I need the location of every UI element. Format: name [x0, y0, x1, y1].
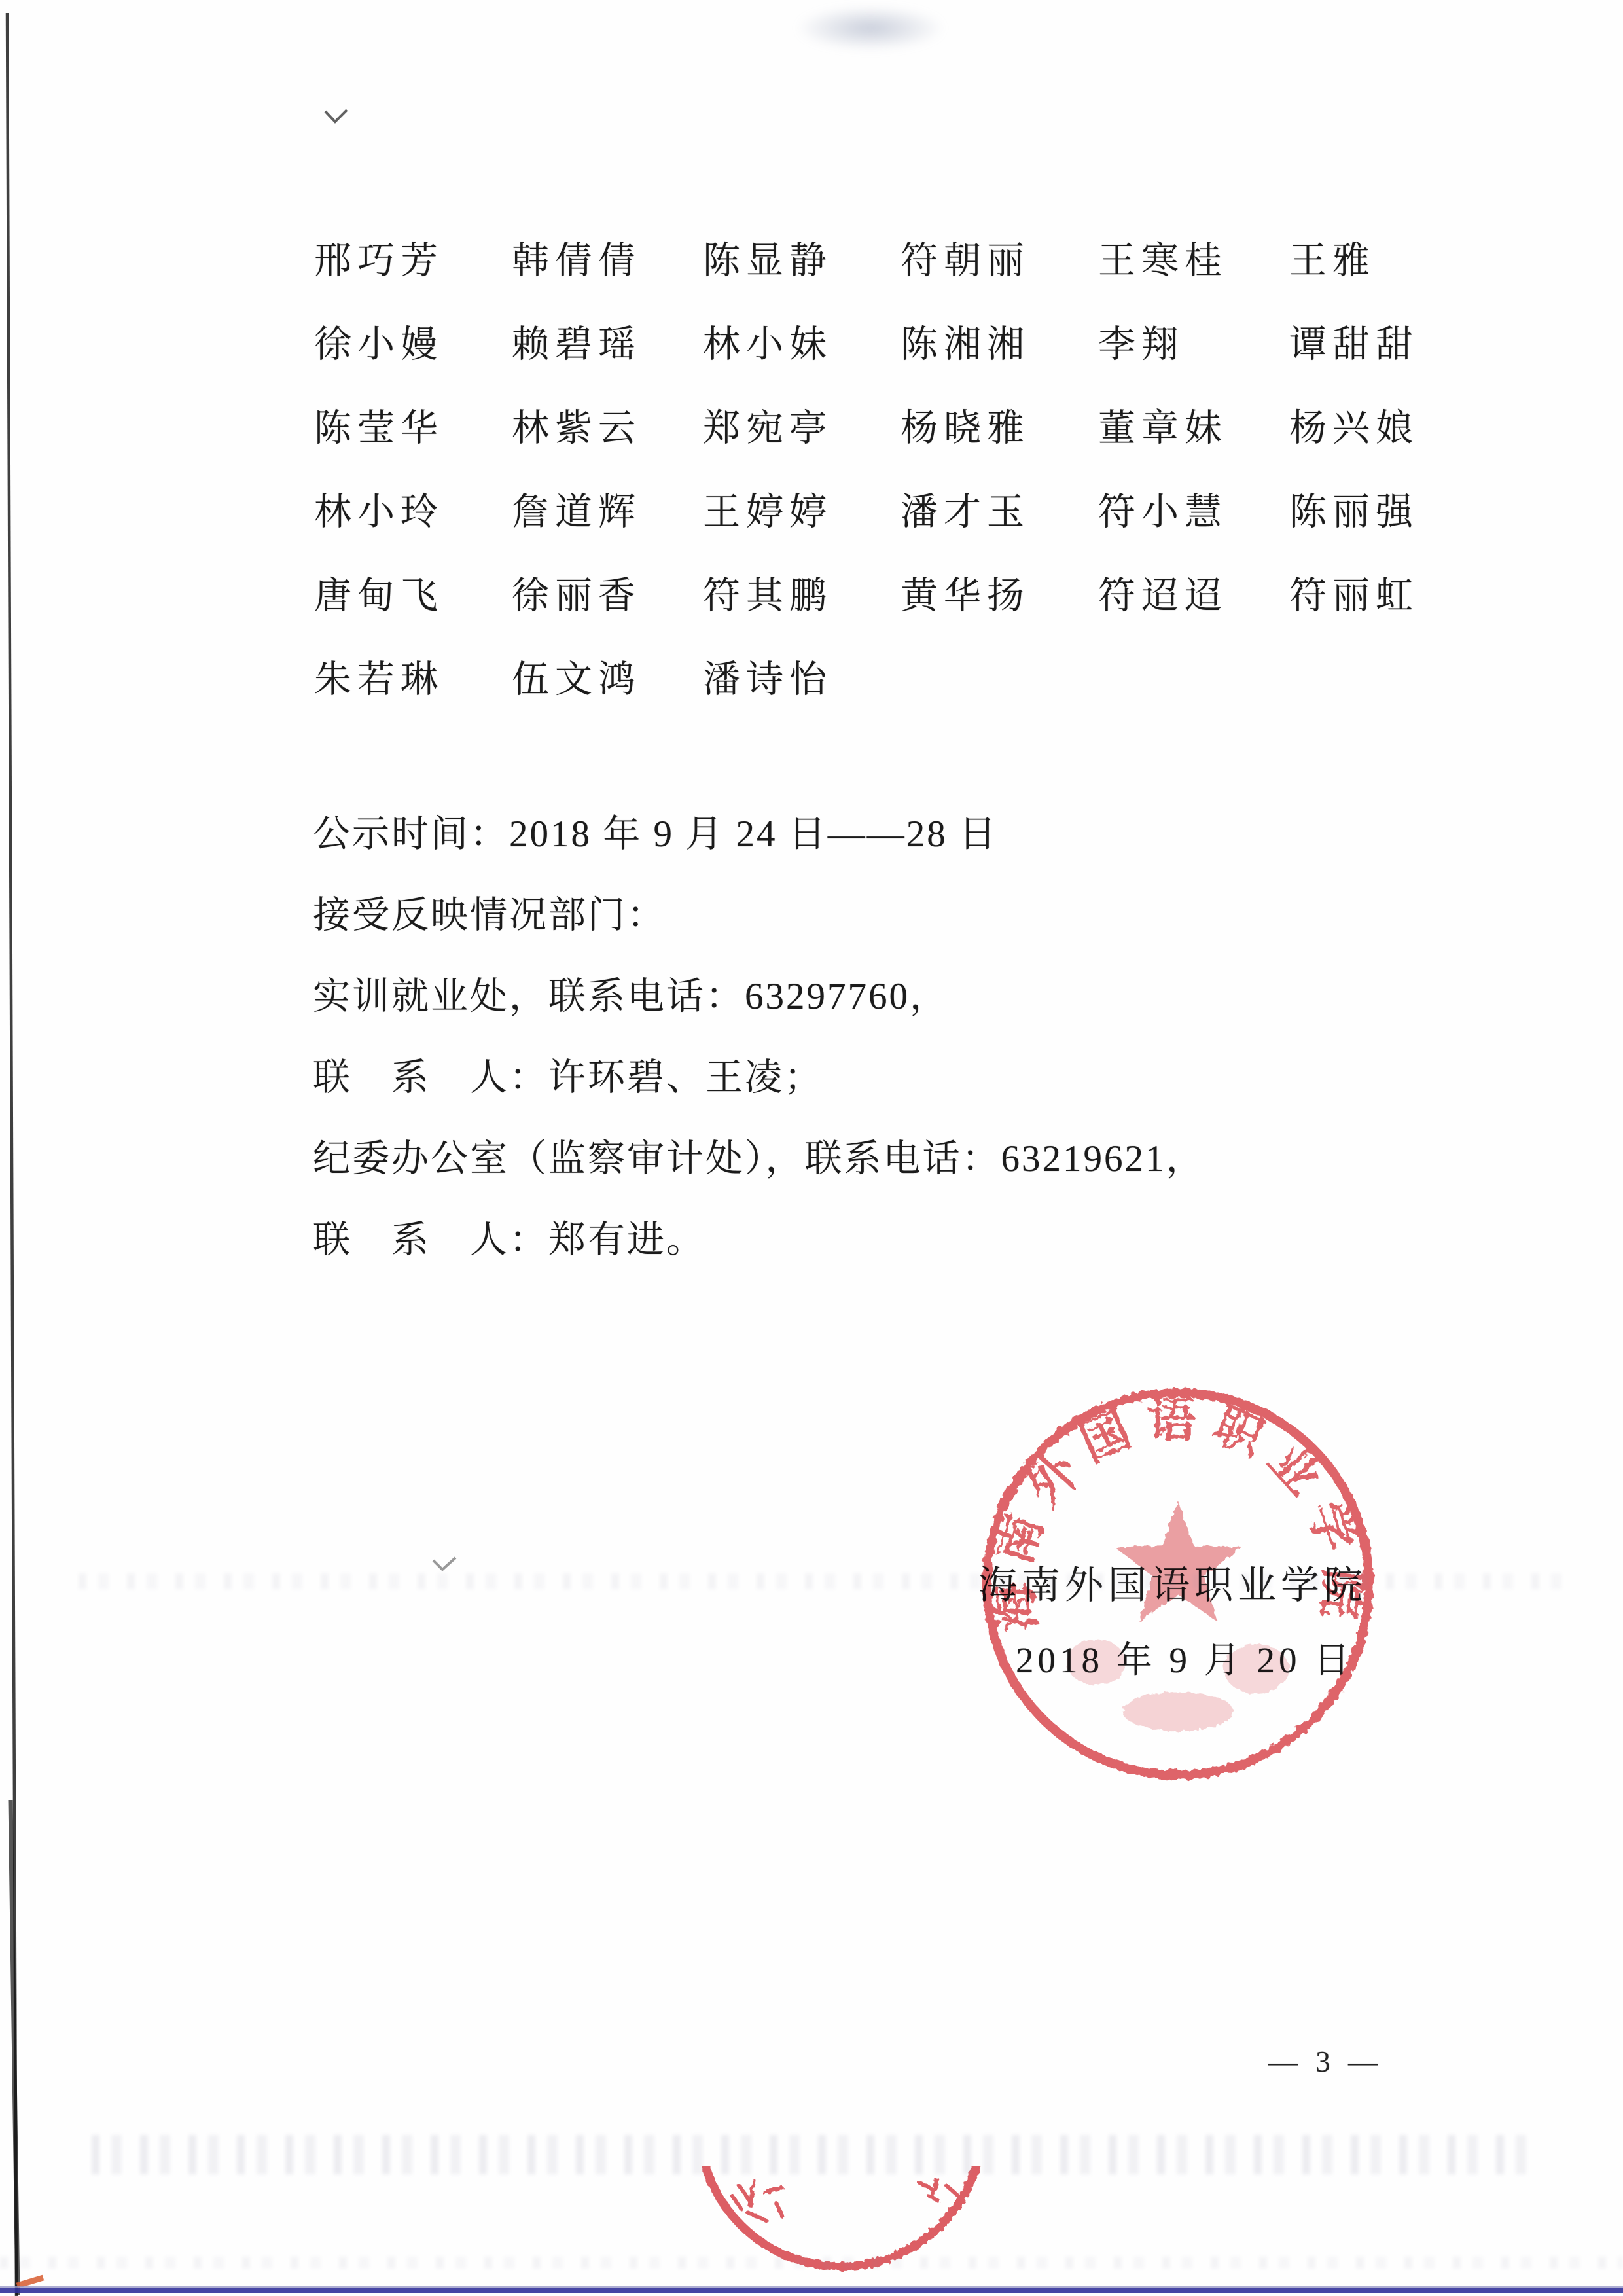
name-cell: 邢巧芳: [314, 230, 444, 284]
discipline-office-line: 纪委办公室（监察审计处），联系电话：63219621，: [313, 1128, 1205, 1182]
name-cell: 李翔: [1098, 314, 1185, 368]
left-edge-scan-line: [7, 13, 16, 2296]
publicity-period-line: 公示时间：2018 年 9 月 24 日——28 日: [313, 804, 998, 857]
name-cell: 郑宛亭: [703, 398, 832, 452]
name-cell: 韩倩倩: [512, 230, 641, 284]
dept-phone-line: 实训就业处，联系电话：63297760，: [313, 966, 949, 1020]
name-cell: 潘才玉: [901, 482, 1030, 535]
name-cell: 王寒桂: [1098, 230, 1228, 284]
left-edge-scan-line-thick: [10, 1800, 18, 2295]
pen-check-mark: [433, 1558, 455, 1570]
page-number: — 3 —: [1268, 2045, 1383, 2079]
name-cell: 陈显静: [703, 230, 832, 284]
contact-person-line: 联 系 人：许环碧、王凌；: [313, 1047, 823, 1101]
name-cell: 符朝丽: [901, 230, 1030, 284]
scan-smudge: [795, 5, 946, 51]
seal-star-icon: [1115, 1501, 1241, 1622]
name-cell: 赖碧瑶: [512, 314, 641, 368]
name-cell: 徐丽香: [512, 565, 641, 619]
ghost-text-band: [79, 1573, 1577, 1589]
name-cell: 谭甜甜: [1289, 314, 1419, 368]
name-cell: 符小慧: [1098, 482, 1228, 535]
receiving-dept-heading: 接受反映情况部门：: [313, 885, 666, 939]
contact-person-line-2: 联 系 人：郑有进。: [313, 1210, 705, 1263]
name-cell: 伍文鸿: [512, 649, 641, 703]
name-cell: 陈莹华: [314, 398, 444, 452]
partial-seal-arc: [700, 2166, 982, 2267]
name-cell: 陈湘湘: [901, 314, 1030, 368]
name-cell: 詹道辉: [512, 482, 641, 535]
name-cell: 王雅: [1289, 230, 1376, 284]
bottom-left-ink-mark: [17, 2278, 43, 2286]
name-cell: 徐小嫚: [314, 314, 444, 368]
name-cell: 王婷婷: [703, 482, 832, 535]
name-cell: 符其鹏: [703, 565, 832, 619]
partial-seal-fragments: [732, 2179, 957, 2221]
ghost-text-band: [92, 2135, 1531, 2174]
ghost-text-band: [0, 2257, 1623, 2269]
partial-bottom-seal-icon: [654, 2166, 1047, 2296]
seal-ink-patch: [1224, 1644, 1289, 1694]
name-cell: 唐甸飞: [314, 565, 444, 619]
name-cell: 林紫云: [512, 398, 641, 452]
name-cell: 林小玲: [314, 482, 444, 535]
name-cell: 杨晓雅: [901, 398, 1030, 452]
name-cell: 朱若琳: [314, 649, 444, 703]
pen-check-mark: [325, 110, 347, 122]
name-cell: 林小妹: [703, 314, 832, 368]
name-cell: 杨兴娘: [1289, 398, 1419, 452]
name-cell: 陈丽强: [1289, 482, 1419, 535]
name-cell: 黄华扬: [901, 565, 1030, 619]
seal-ink-patch: [1067, 1640, 1126, 1685]
name-cell: 潘诗怡: [703, 649, 832, 703]
partial-bottom-seal: [654, 2166, 1047, 2296]
seal-ink-patch: [1122, 1692, 1234, 1731]
name-cell: 董章妹: [1098, 398, 1228, 452]
name-cell: 符丽虹: [1289, 565, 1419, 619]
scanned-document-page: { "name_list": { "rows": [ ["邢巧芳","韩倩倩",…: [0, 0, 1623, 2296]
name-cell: 符迢迢: [1098, 565, 1228, 619]
